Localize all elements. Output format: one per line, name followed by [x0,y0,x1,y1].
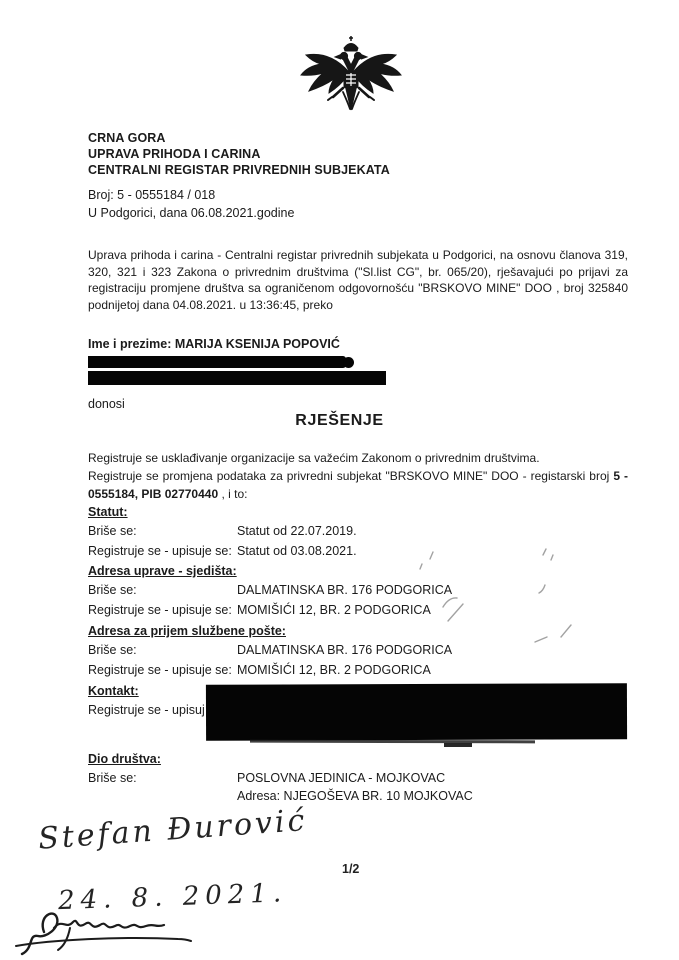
redaction-bar-1 [88,356,346,368]
smudge-line [250,740,535,744]
officer-name-line: Ime i prezime: MARIJA KSENIJA POPOVIĆ [88,337,340,351]
row-value: Adresa: NJEGOŠEVA BR. 10 MOJKOVAC [237,787,473,805]
section-dio-drustva-heading: Dio društva: [88,750,473,769]
case-number: Broj: 5 - 0555184 / 018 [88,188,215,202]
institution-header: CRNA GORA UPRAVA PRIHODA I CARINA CENTRA… [88,130,390,178]
handwritten-name: Stefan Đurović [37,802,319,856]
org-name-line2: UPRAVA PRIHODA I CARINA [88,146,390,162]
place-date-line: U Podgorici, dana 06.08.2021.godine [88,206,294,220]
montenegro-coat-of-arms-icon [296,35,406,120]
table-row: Adresa: NJEGOŠEVA BR. 10 MOJKOVAC [88,787,473,805]
decision-statement-2-tail: , i to: [218,487,247,501]
page-number: 1/2 [342,862,359,876]
redaction-box-kontakt [206,683,627,740]
org-name-line1: CRNA GORA [88,130,390,146]
row-value: MOMIŠIĆI 12, BR. 2 PODGORICA [237,661,431,681]
redaction-bar-1-end-blob [343,357,354,368]
section-dio-drustva: Dio društva: Briše se: POSLOVNA JEDINICA… [88,750,473,805]
table-row: Briše se: POSLOVNA JEDINICA - MOJKOVAC [88,769,473,787]
table-row: Briše se: Statut od 22.07.2019. [88,522,357,542]
document-page: CRNA GORA UPRAVA PRIHODA I CARINA CENTRA… [0,0,679,960]
row-value: Statut od 22.07.2019. [237,522,357,542]
pencil-marks [395,545,595,660]
row-label: Briše se: [88,769,237,787]
intro-paragraph: Uprava prihoda i carina - Centralni regi… [88,247,628,313]
signature-scribble-icon [10,898,205,960]
row-label: Briše se: [88,522,237,542]
section-statut: Statut: Briše se: Statut od 22.07.2019. … [88,503,357,561]
decision-statement-2: Registruje se promjena podataka za privr… [88,468,628,503]
row-label: Briše se: [88,581,237,601]
row-label: Registruje se - upisuje se: [88,601,237,621]
donosi-text: donosi [88,397,125,411]
row-value: Statut od 03.08.2021. [237,542,357,562]
decision-statement-1: Registruje se usklađivanje organizacije … [88,451,540,465]
table-row: Registruje se - upisuje se: MOMIŠIĆI 12,… [88,661,452,681]
org-name-line3: CENTRALNI REGISTAR PRIVREDNIH SUBJEKATA [88,162,390,178]
row-label [88,787,237,805]
redaction-bar-2 [88,371,386,385]
document-title: RJEŠENJE [0,412,679,430]
smudge-dash [444,743,472,747]
table-row: Registruje se - upisuje se: Statut od 03… [88,542,357,562]
section-statut-heading: Statut: [88,503,357,522]
row-value: POSLOVNA JEDINICA - MOJKOVAC [237,769,445,787]
row-label: Briše se: [88,641,237,661]
decision-statement-2-regular: Registruje se promjena podataka za privr… [88,469,613,483]
row-label: Registruje se - upisuje se: [88,661,237,681]
row-label: Registruje se - upisuje se: [88,542,237,562]
